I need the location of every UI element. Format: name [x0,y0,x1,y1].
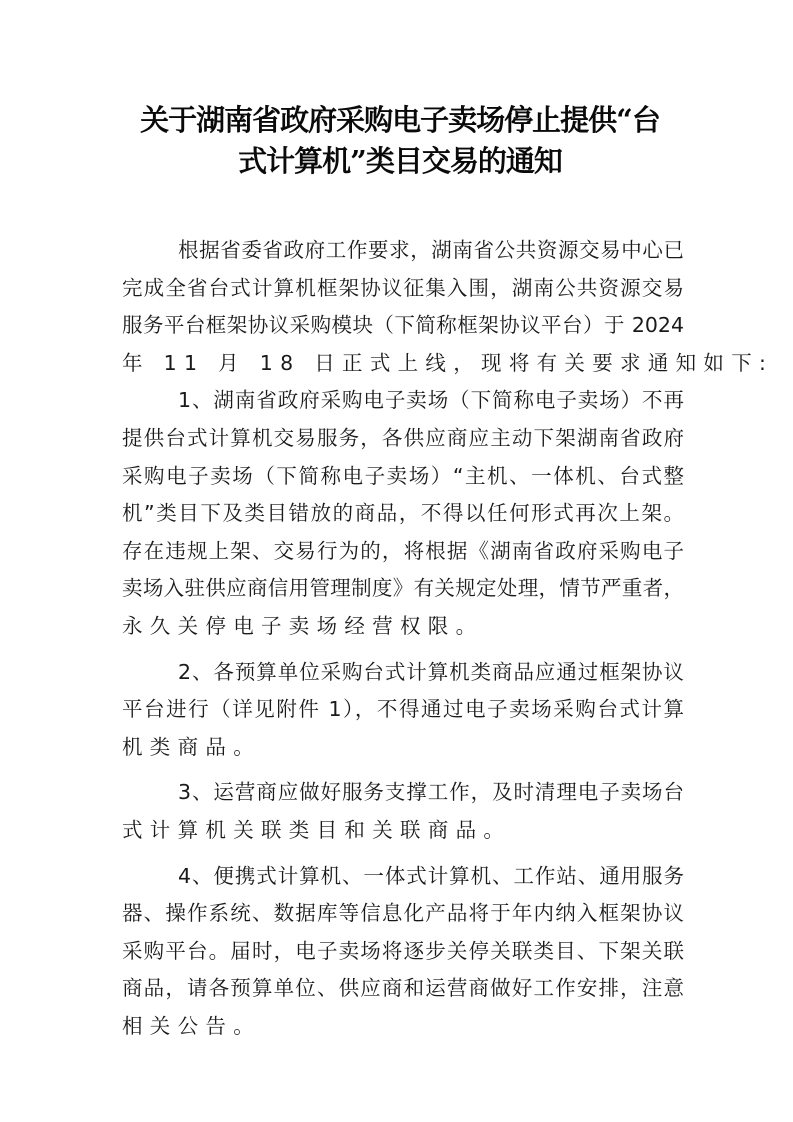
text-line: 提供台式计算机交易服务，各供应商应主动下架湖南省政府 [122,420,684,458]
text-line: 3、运营商应做好服务支撑工作，及时清理电子卖场台 [122,774,684,812]
intro-paragraph: 根据省委省政府工作要求，湖南省公共资源交易中心已 完成全省台式计算机框架协议征集… [122,232,684,382]
document-title: 关于湖南省政府采购电子卖场停止提供“台 式计算机”类目交易的通知 [100,100,700,182]
text-line: 4、便携式计算机、一体式计算机、工作站、通用服务 [122,858,684,896]
text-line: 年 11 月 18 日正式上线，现将有关要求通知如下: [122,345,684,383]
document-body: 根据省委省政府工作要求，湖南省公共资源交易中心已 完成全省台式计算机框架协议征集… [122,232,684,1045]
item-4-paragraph: 4、便携式计算机、一体式计算机、工作站、通用服务 器、操作系统、数据库等信息化产… [122,858,684,1046]
text-line: 2、各预算单位采购台式计算机类商品应通过框架协议 [122,654,684,692]
text-line: 商品，请各预算单位、供应商和运营商做好工作安排，注意 [122,970,684,1008]
text-line: 存在违规上架、交易行为的，将根据《湖南省政府采购电子 [122,533,684,571]
text-line: 平台进行（详见附件 1），不得通过电子卖场采购台式计算 [122,691,684,729]
text-line: 机”类目下及类目错放的商品，不得以任何形式再次上架。 [122,495,684,533]
item-2-paragraph: 2、各预算单位采购台式计算机类商品应通过框架协议 平台进行（详见附件 1），不得… [122,654,684,767]
text-line: 永久关停电子卖场经营权限。 [122,608,684,646]
text-line: 采购电子卖场（下简称电子卖场）“主机、一体机、台式整 [122,458,684,496]
text-line: 1、湖南省政府采购电子卖场（下简称电子卖场）不再 [122,382,684,420]
text-line: 机类商品。 [122,729,684,767]
text-line: 相关公告。 [122,1008,684,1046]
text-line: 根据省委省政府工作要求，湖南省公共资源交易中心已 [122,232,684,270]
text-line: 采购平台。届时，电子卖场将逐步关停关联类目、下架关联 [122,933,684,971]
document-page: 关于湖南省政府采购电子卖场停止提供“台 式计算机”类目交易的通知 根据省委省政府… [0,0,793,1122]
title-line: 式计算机”类目交易的通知 [100,141,700,182]
text-line: 完成全省台式计算机框架协议征集入围，湖南公共资源交易 [122,270,684,308]
text-line: 式计算机关联类目和关联商品。 [122,812,684,850]
item-1-paragraph: 1、湖南省政府采购电子卖场（下简称电子卖场）不再 提供台式计算机交易服务，各供应… [122,382,684,645]
title-line: 关于湖南省政府采购电子卖场停止提供“台 [100,100,700,141]
text-line: 器、操作系统、数据库等信息化产品将于年内纳入框架协议 [122,895,684,933]
text-line: 服务平台框架协议采购模块（下简称框架协议平台）于 2024 [122,307,684,345]
text-line: 卖场入驻供应商信用管理制度》有关规定处理，情节严重者， [122,570,684,608]
item-3-paragraph: 3、运营商应做好服务支撑工作，及时清理电子卖场台 式计算机关联类目和关联商品。 [122,774,684,849]
